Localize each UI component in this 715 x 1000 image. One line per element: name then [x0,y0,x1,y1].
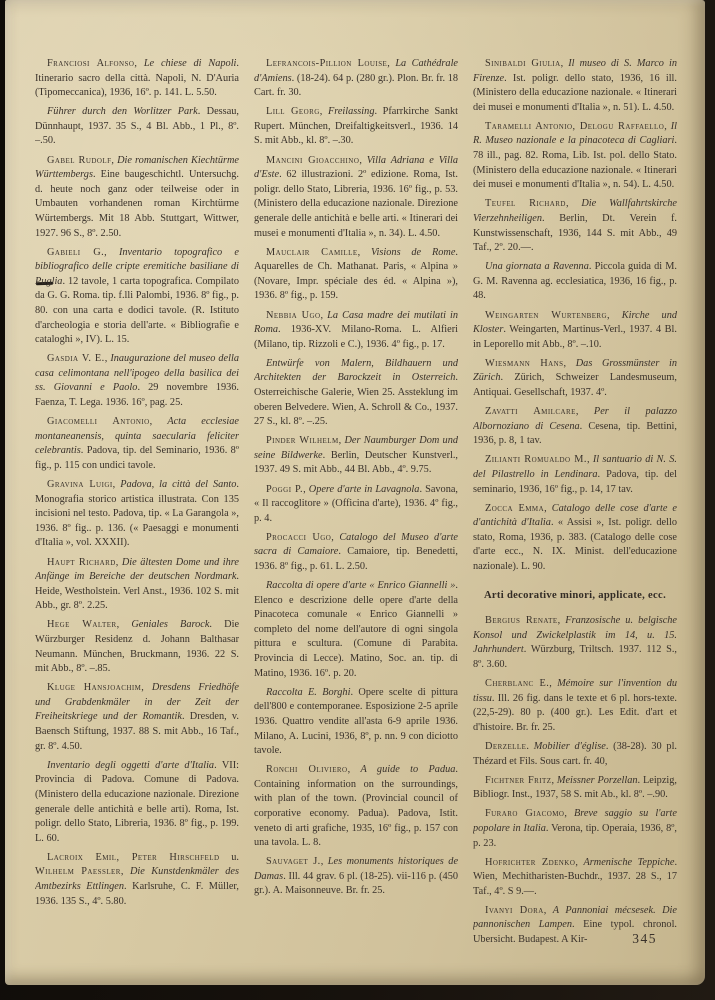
entry-segment-italic: Freilassing [328,106,375,117]
bibliography-entry: Lacroix Emil, Peter Hirschfeld u. Wilhel… [35,851,239,909]
entry-segment-roman: , [348,764,361,775]
bibliography-entry: Zocca Emma, Catalogo delle cose d'arte e… [473,502,677,575]
entry-segment-smallcaps: Lefrancois-Pillion Louise [266,58,387,69]
bibliography-entry: Pinder Wilhelm, Der Naumburger Dom und s… [254,434,458,478]
entry-segment-italic: Armenische Teppiche [583,857,674,868]
entry-segment-smallcaps: Poggi P. [266,484,303,495]
bibliography-entry: Zilianti Romualdo M., Il santuario di N.… [473,453,677,497]
entry-segment-smallcaps: Pinder Wilhelm [266,435,339,446]
entry-segment-roman: . Containing information on the surround… [254,764,458,848]
entry-segment-smallcaps: Nebbia Ugo [266,310,321,321]
entry-segment-italic: Entwürfe von Malern, Bildhauern und Arch… [254,358,458,384]
entry-segment-smallcaps: Gasdia V. E. [47,353,105,364]
entry-segment-smallcaps: Bergius Renate [485,615,558,626]
bibliography-entry: Cherblanc E., Mémoire sur l'invention du… [473,677,677,735]
entry-segment-roman: u. [219,852,239,863]
entry-segment-smallcaps: Gravina Luigi [47,479,113,490]
entry-segment-smallcaps: Fichtner Fritz [485,775,551,786]
entry-segment-smallcaps: Taramelli Antonio, Delogu Raffaello [485,121,664,132]
bibliography-entry: Una giornata a Ravenna. Piccola guida di… [473,260,677,304]
bibliography-entry: Wiesmann Hans, Das Grossmünster in Züric… [473,357,677,401]
entry-segment-roman: . Weingarten, Martinus-Verl., 1937. 4 Bl… [473,324,677,350]
entry-segment-italic: Geniales Barock [131,619,209,630]
bibliography-entry: Führer durch den Worlitzer Park. Dessau,… [35,105,239,149]
entry-segment-smallcaps: Gabel Rudolf [47,155,111,166]
entry-segment-roman: . Zürich, Schweizer Landesmuseum, Antiqu… [473,372,677,398]
entry-segment-smallcaps: Zavatti Amilcare [485,406,576,417]
entry-segment-roman: , [358,247,371,258]
entry-segment-smallcaps: Furaro Giacomo [485,808,564,819]
bibliography-entry: Lill Georg, Freilassing. Pfarrkirche San… [254,105,458,149]
entry-segment-smallcaps: Derzelle [485,741,526,752]
entry-segment-roman: , [544,503,552,514]
entry-segment-smallcaps: Mancini Gioacchino [266,155,359,166]
entry-segment-roman: , [320,106,328,117]
entry-segment-roman: . 12 tavole, 1 carta topografica. Compil… [35,276,239,345]
entry-segment-italic: Mobilier d'église [534,741,606,752]
bibliography-entry: Haupt Richard, Die ältesten Dome und ihr… [35,556,239,614]
bibliography-entry: Franciosi Alfonso, Le chiese di Napoli. … [35,57,239,101]
bibliography-entry: Mancini Gioacchino, Villa Adriana e Vill… [254,154,458,242]
entry-segment-smallcaps: Wilhelm Paessler [35,866,121,877]
scanned-page-background: Franciosi Alfonso, Le chiese di Napoli. … [0,0,715,1000]
bibliography-columns: Franciosi Alfonso, Le chiese di Napoli. … [35,57,679,965]
entry-segment-roman: , [564,358,576,369]
entry-segment-roman: , [150,416,168,427]
bibliography-entry: Sauvaget J., Les monuments historiques d… [254,855,458,899]
entry-segment-smallcaps: Zocca Emma [485,503,544,514]
entry-segment-roman: . 1936-XV. Milano-Roma. L. Alfieri (Mila… [254,324,458,350]
column-2: Lefrancois-Pillion Louise, La Cathédrale… [254,57,458,965]
entry-segment-smallcaps: Gabieli G. [47,247,104,258]
bibliography-entry: Gravina Luigi, Padova, la città del Sant… [35,478,239,551]
bibliography-entry: Teufel Richard, Die Wallfahrtskirche Vie… [473,197,677,255]
entry-segment-smallcaps: Hege Walter [47,619,117,630]
bibliography-entry: Lefrancois-Pillion Louise, La Cathédrale… [254,57,458,101]
bibliography-entry: Bergius Renate, Franzosische u. belgisch… [473,614,677,672]
entry-segment-smallcaps: Lacroix Emil, Peter Hirschfeld [47,852,219,863]
bibliography-entry: Giacomelli Antonio, Acta ecclesiae monta… [35,415,239,473]
column-1: Franciosi Alfonso, Le chiese di Napoli. … [35,57,239,965]
entry-segment-italic: Padova, la città del Santo [120,479,236,490]
section-heading: Arti decorative minori, applicate, ecc. [473,589,677,604]
entry-segment-roman: , [117,619,132,630]
entry-segment-smallcaps: Hofrichter Zdenko [485,857,575,868]
bibliography-entry: Poggi P., Opere d'arte in Lavagnola. Sav… [254,483,458,527]
entry-segment-roman: . Ist. poligr. dello stato, 1936, 16 ill… [473,73,677,113]
bibliography-entry: Raccolta di opere d'arte « Enrico Gianne… [254,579,458,681]
bibliography-entry: Furaro Giacomo, Breve saggio su l'arte p… [473,807,677,851]
bibliography-entry: Taramelli Antonio, Delogu Raffaello, Il … [473,120,677,193]
entry-segment-roman: , [121,866,130,877]
bibliography-entry: Fichtner Fritz, Meissner Porzellan. Leip… [473,774,677,803]
entry-segment-italic: Raccolta E. Borghi [266,687,350,698]
entry-segment-italic: A guide to Padua [360,764,455,775]
bibliography-entry: Ronchi Oliviero, A guide to Padua. Conta… [254,763,458,851]
entry-segment-smallcaps: Zilianti Romualdo M. [485,454,587,465]
bibliography-entry: Gabel Rudolf, Die romanischen Kiechtürme… [35,154,239,242]
entry-segment-italic: Le chiese di Napoli [144,58,237,69]
entry-segment-italic: Inventario degli oggetti d'arte d'Italia [47,760,214,771]
entry-segment-roman: , [607,310,622,321]
entry-segment-smallcaps: Mauclair Camille [266,247,358,258]
entry-segment-smallcaps: Teufel Richard [485,198,566,209]
entry-segment-smallcaps: Wiesmann Hans [485,358,564,369]
bibliography-entry: Gabieli G., Inventario topografico e bib… [35,246,239,348]
bibliography-entry: Kluge Hansjoachim, Dresdens Friedhöfe un… [35,681,239,754]
entry-segment-smallcaps: Giacomelli Antonio [47,416,150,427]
entry-segment-roman: , [134,58,143,69]
entry-segment-roman: . Ill. 44 grav. 6 pl. (18-25). vii-116 p… [254,871,458,897]
entry-segment-roman: , [576,406,594,417]
entry-segment-roman: . VII: Provincia di Padova. Comune di Pa… [35,760,239,844]
entry-segment-smallcaps: Sauvaget J. [266,856,321,867]
entry-segment-smallcaps: Weingarten Wurtenberg [485,310,607,321]
entry-segment-smallcaps: Sinibaldi Giulia [485,58,561,69]
entry-segment-smallcaps: Procacci Ugo [266,532,331,543]
entry-segment-roman: . Elenco e descrizione delle opere d'art… [254,580,458,679]
entry-segment-italic: Meissner Porzellan [557,775,638,786]
bibliography-entry: Nebbia Ugo, La Casa madre dei mutilati i… [254,309,458,353]
entry-segment-roman: , [104,247,119,258]
bibliography-entry: Zavatti Amilcare, Per il palazzo Alborno… [473,405,677,449]
entry-segment-roman: , [566,198,581,209]
page-number: 345 [632,931,657,947]
bibliography-entry: Derzelle. Mobilier d'église. (38-28). 30… [473,740,677,769]
entry-segment-italic: Una giornata a Ravenna [485,261,589,272]
entry-segment-smallcaps: Franciosi Alfonso [47,58,134,69]
column-3: Sinibaldi Giulia, Il museo di S. Marco i… [473,57,677,965]
entry-segment-roman: , [564,808,574,819]
entry-segment-smallcaps: Haupt Richard [47,557,116,568]
bibliography-entry: Procacci Ugo, Catalogo del Museo d'arte … [254,531,458,575]
bibliography-entry: Inventario degli oggetti d'arte d'Italia… [35,759,239,847]
entry-segment-roman: . Ill. 26 fig. dans le texte et 6 pl. ho… [473,693,677,733]
bibliography-entry: Entwürfe von Malern, Bildhauern und Arch… [254,357,458,430]
bibliography-entry: Mauclair Camille, Visions de Rome. Aquar… [254,246,458,304]
entry-segment-roman: . [526,741,533,752]
bibliography-entry: Raccolta E. Borghi. Opere scelte di pitt… [254,686,458,759]
entry-segment-roman: . 62 illustrazioni. 2º edizione. Roma, I… [254,169,458,238]
entry-segment-smallcaps: Cherblanc E. [485,678,549,689]
entry-segment-smallcaps: Ronchi Oliviero [266,764,348,775]
bibliography-entry: Weingarten Wurtenberg, Kirche und Kloste… [473,309,677,353]
entry-segment-roman: , [321,856,328,867]
entry-segment-smallcaps: Lill Georg [266,106,320,117]
entry-segment-italic: Raccolta di opere d'arte « Enrico Gianne… [266,580,455,591]
entry-segment-roman: , [359,155,366,166]
entry-segment-roman: , [141,682,152,693]
entry-segment-italic: Opere d'arte in Lavagnola [309,484,420,495]
book-page: Franciosi Alfonso, Le chiese di Napoli. … [5,0,705,985]
bibliography-entry: Hege Walter, Geniales Barock. Die Würzbu… [35,618,239,676]
bibliography-entry: Gasdia V. E., Inaugurazione del museo de… [35,352,239,410]
entry-segment-smallcaps: Kluge Hansjoachim [47,682,141,693]
bibliography-entry: Sinibaldi Giulia, Il museo di S. Marco i… [473,57,677,115]
entry-segment-roman: , [544,905,553,916]
bibliography-entry: Hofrichter Zdenko, Armenische Teppiche. … [473,856,677,900]
entry-segment-italic: Führer durch den Worlitzer Park [47,106,198,117]
entry-segment-smallcaps: Ivanyi Dora [485,905,544,916]
entry-segment-italic: Visions de Rome [371,247,455,258]
